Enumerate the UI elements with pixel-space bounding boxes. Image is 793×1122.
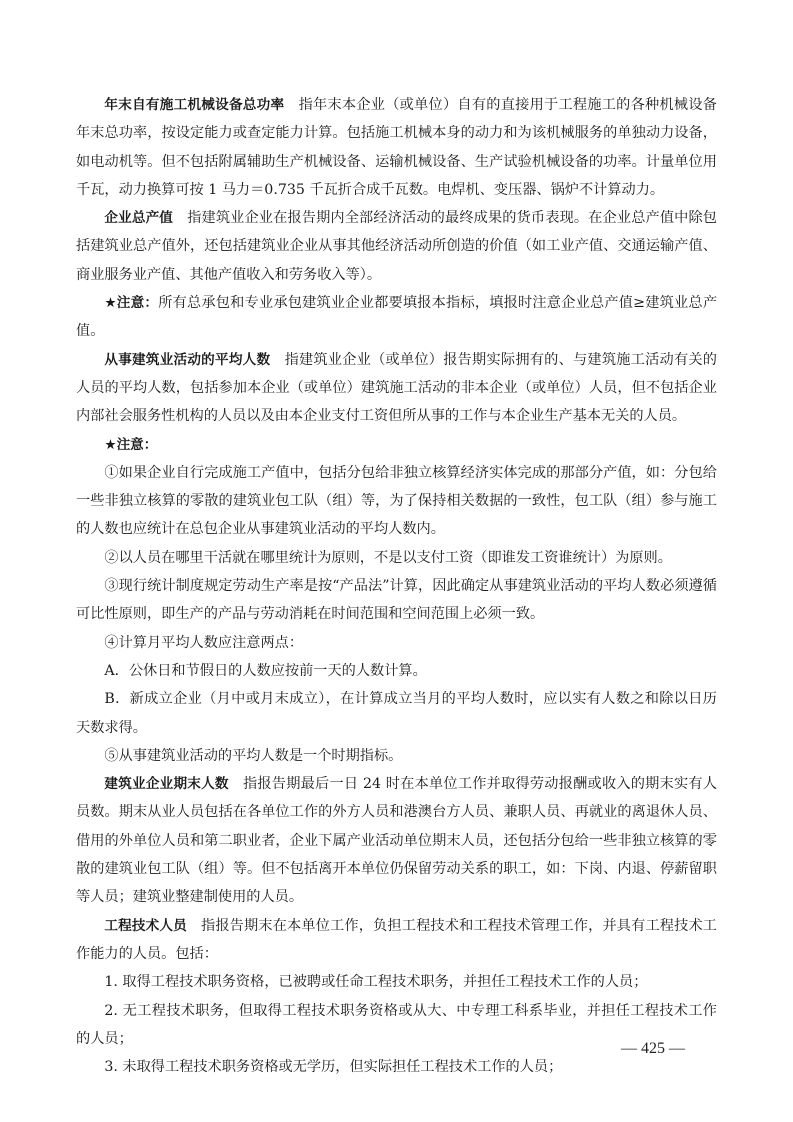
term-heading: 建筑业企业期末人数 xyxy=(104,776,228,792)
definition-text: 指报告期最后一日 24 时在本单位工作并取得劳动报酬或收入的期末实有人员数。期末… xyxy=(76,776,717,905)
list-item: 1. 取得工程技术职务资格，已被聘或任命工程技术职务，并担任工程技术工作的人员； xyxy=(76,968,717,996)
note-label: ★注意： xyxy=(104,295,158,311)
note-label: ★注意： xyxy=(104,437,157,453)
note-item: ⑤从事建筑业活动的平均人数是一个时期指标。 xyxy=(76,742,717,770)
note-item: ④计算月平均人数应注意两点： xyxy=(76,629,717,657)
term-heading: 企业总产值 xyxy=(104,210,173,226)
definition-paragraph: 从事建筑业活动的平均人数指建筑业企业（或单位）报告期实际拥有的、与建筑施工活动有… xyxy=(76,346,717,431)
page-number: — 425 — xyxy=(621,1040,685,1058)
document-page: 年末自有施工机械设备总功率指年末本企业（或单位）自有的直接用于工程施工的各种机械… xyxy=(76,91,717,1081)
note-item: ①如果企业自行完成施工产值中，包括分包给非独立核算经济实体完成的那部分产值，如：… xyxy=(76,459,717,544)
term-heading: 工程技术人员 xyxy=(104,918,186,934)
note-item: ③现行统计制度规定劳动生产率是按“产品法”计算，因此确定从事建筑业活动的平均人数… xyxy=(76,572,717,629)
definition-paragraph: 建筑业企业期末人数指报告期最后一日 24 时在本单位工作并取得劳动报酬或收入的期… xyxy=(76,770,717,911)
term-heading: 从事建筑业活动的平均人数 xyxy=(104,352,270,368)
note-paragraph: ★注意：所有总承包和专业承包建筑业企业都要填报本指标，填报时注意企业总产值≥建筑… xyxy=(76,289,717,346)
term-heading: 年末自有施工机械设备总功率 xyxy=(104,97,284,113)
note-paragraph: ★注意： xyxy=(76,431,717,459)
note-item: ②以人员在哪里干活就在哪里统计为原则，不是以支付工资（即谁发工资谁统计）为原则。 xyxy=(76,544,717,572)
note-text: 所有总承包和专业承包建筑业企业都要填报本指标，填报时注意企业总产值≥建筑业总产值… xyxy=(76,295,717,339)
note-subitem: A．公休日和节假日的人数应按前一天的人数计算。 xyxy=(76,657,717,685)
note-subitem: B．新成立企业（月中或月末成立），在计算成立当月的平均人数时，应以实有人数之和除… xyxy=(76,685,717,742)
definition-paragraph: 年末自有施工机械设备总功率指年末本企业（或单位）自有的直接用于工程施工的各种机械… xyxy=(76,91,717,204)
definition-paragraph: 工程技术人员指报告期末在本单位工作，负担工程技术和工程技术管理工作，并具有工程技… xyxy=(76,912,717,969)
definition-paragraph: 企业总产值指建筑业企业在报告期内全部经济活动的最终成果的货币表现。在企业总产值中… xyxy=(76,204,717,289)
